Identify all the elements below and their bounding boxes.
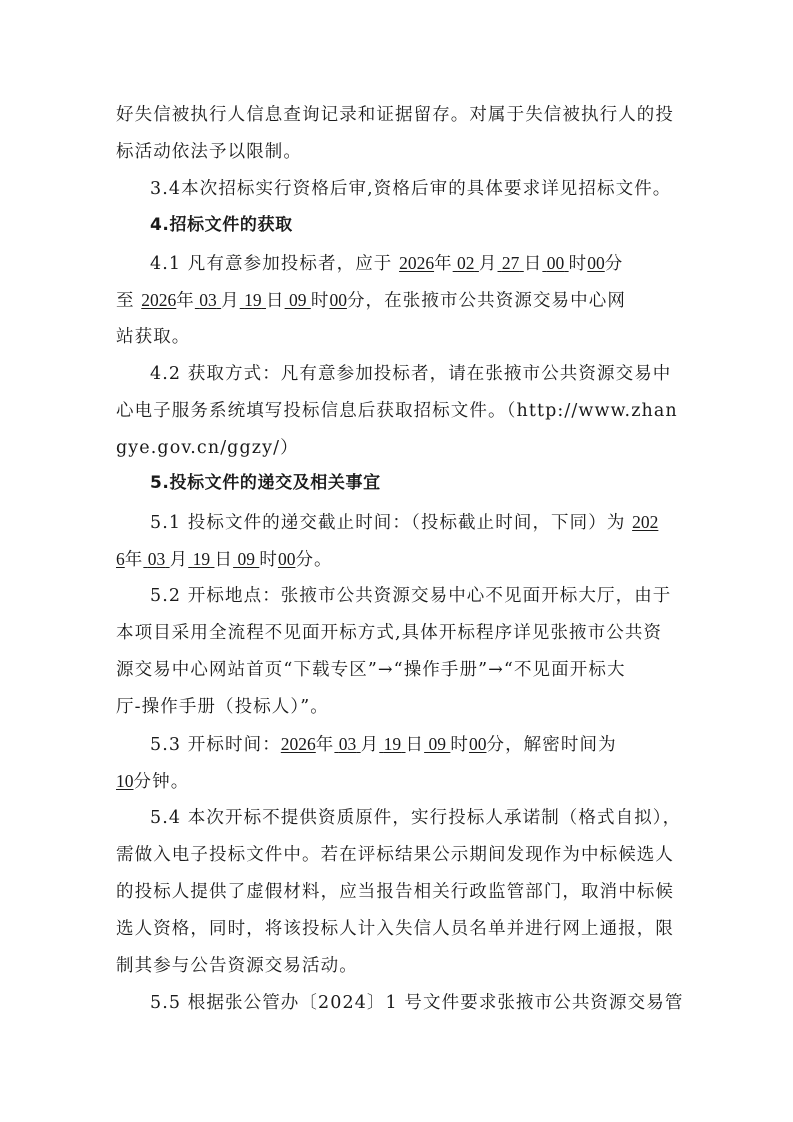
month-label: 月 [170, 550, 189, 570]
clause-5-2-line4: 厅-操作手册（投标人）”。 [116, 696, 329, 718]
decrypt-minutes: 10 [116, 771, 134, 791]
clause-5-4-line3: 的投标人提供了虚假材料，应当报告相关行政监管部门，取消中标候 [116, 881, 674, 903]
section-heading-4: 4.招标文件的获取 [150, 214, 293, 236]
deadline-hour: 09 [233, 549, 259, 569]
end-day: 19 [240, 290, 266, 310]
deadline-day: 19 [188, 549, 214, 569]
clause-5-1-end: 分。 [295, 550, 332, 570]
to-label: 至 [116, 291, 141, 311]
month-label: 月 [221, 291, 240, 311]
clause-4-1-suffix: 分，在张掖市公共资源交易中心网 [347, 291, 626, 311]
day-label: 日 [214, 550, 233, 570]
end-hour: 09 [285, 290, 311, 310]
clause-5-2-line1: 5.2 开标地点：张掖市公共资源交易中心不见面开标大厅，由于 [150, 585, 671, 607]
start-minute: 00 [587, 253, 605, 273]
clause-4-2-line2: 心电子服务系统填写投标信息后获取招标文件。（http://www.zhan [116, 400, 678, 422]
decrypt-suffix: 分钟。 [134, 772, 190, 792]
end-year: 2026 [141, 290, 176, 310]
year-label: 年 [316, 735, 335, 755]
year-label: 年 [434, 254, 453, 274]
text-line: 好失信被执行人信息查询记录和证据留存。对属于失信被执行人的投 [116, 104, 674, 126]
day-label: 日 [406, 735, 425, 755]
deadline-year-part1: 202 [632, 512, 658, 532]
start-day: 27 [498, 253, 524, 273]
opening-day: 19 [379, 734, 405, 754]
clause-4-2-line1: 4.2 获取方式：凡有意参加投标者，请在张掖市公共资源交易中 [150, 363, 671, 385]
section-heading-5: 5.投标文件的递交及相关事宜 [150, 472, 381, 494]
clause-5-4-line4: 选人资格，同时，将该投标人计入失信人员名单并进行网上通报，限 [116, 918, 674, 940]
clause-5-4-line1: 5.4 本次开标不提供资质原件，实行投标人承诺制（格式自拟）， [150, 807, 681, 829]
clause-5-5-line1: 5.5 根据张公管办〔2024〕1 号文件要求张掖市公共资源交易管 [150, 992, 683, 1014]
clause-4-2-url-line: gye.gov.cn/ggzy/） [116, 437, 299, 459]
start-month: 02 [453, 253, 479, 273]
year-label: 年 [125, 550, 144, 570]
year-label: 年 [176, 291, 195, 311]
clause-5-2-line3: 源交易中心网站首页“下载专区”→“操作手册”→“不见面开标大 [116, 659, 626, 681]
text-line: 标活动依法予以限制。 [116, 141, 302, 163]
hour-label: 时 [311, 291, 330, 311]
start-hour: 00 [542, 253, 568, 273]
end-minute: 00 [329, 290, 347, 310]
clause-5-3-suffix: 分，解密时间为 [486, 735, 616, 755]
hour-label: 时 [259, 550, 278, 570]
deadline-minute: 00 [278, 549, 296, 569]
month-label: 月 [479, 254, 498, 274]
deadline-year-part2: 6 [116, 549, 125, 569]
minute-label: 分 [605, 254, 624, 274]
clause-5-2-line2: 本项目采用全流程不见面开标方式,具体开标程序详见张掖市公共资 [116, 622, 662, 644]
clause-5-1-prefix: 5.1 投标文件的递交截止时间：（投标截止时间，下同）为 [150, 513, 632, 533]
end-month: 03 [195, 290, 221, 310]
opening-hour: 09 [424, 734, 450, 754]
day-label: 日 [524, 254, 543, 274]
clause-5-3-prefix: 5.3 开标时间： [150, 735, 281, 755]
hour-label: 时 [450, 735, 469, 755]
clause-5-4-line5: 制其参与公告资源交易活动。 [116, 955, 358, 977]
day-label: 日 [266, 291, 285, 311]
clause-5-4-line2: 需做入电子投标文件中。若在评标结果公示期间发现作为中标候选人 [116, 844, 674, 866]
opening-minute: 00 [469, 734, 487, 754]
deadline-month: 03 [143, 549, 169, 569]
month-label: 月 [361, 735, 380, 755]
clause-4-1-prefix: 4.1 凡有意参加投标者，应于 [150, 254, 399, 274]
clause-4-1-line3: 站获取。 [116, 326, 190, 348]
hour-label: 时 [569, 254, 588, 274]
opening-month: 03 [334, 734, 360, 754]
clause-5-3-line1: 5.3 开标时间：2026年 03 月 19 日 09 时00分，解密时间为 [150, 733, 617, 756]
clause-4-1-line2: 至 2026年 03 月 19 日 09 时00分，在张掖市公共资源交易中心网 [116, 289, 626, 312]
clause-5-1-line1: 5.1 投标文件的递交截止时间：（投标截止时间，下同）为 202 [150, 511, 658, 534]
clause-5-1-line2: 6年 03 月 19 日 09 时00分。 [116, 548, 333, 571]
clause-4-1-line1: 4.1 凡有意参加投标者，应于 2026年 02 月 27 日 00 时00分 [150, 252, 623, 275]
opening-year: 2026 [281, 734, 316, 754]
clause-3-4: 3.4本次招标实行资格后审,资格后审的具体要求详见招标文件。 [150, 178, 671, 200]
start-year: 2026 [399, 253, 434, 273]
clause-5-3-line2: 10分钟。 [116, 770, 189, 793]
